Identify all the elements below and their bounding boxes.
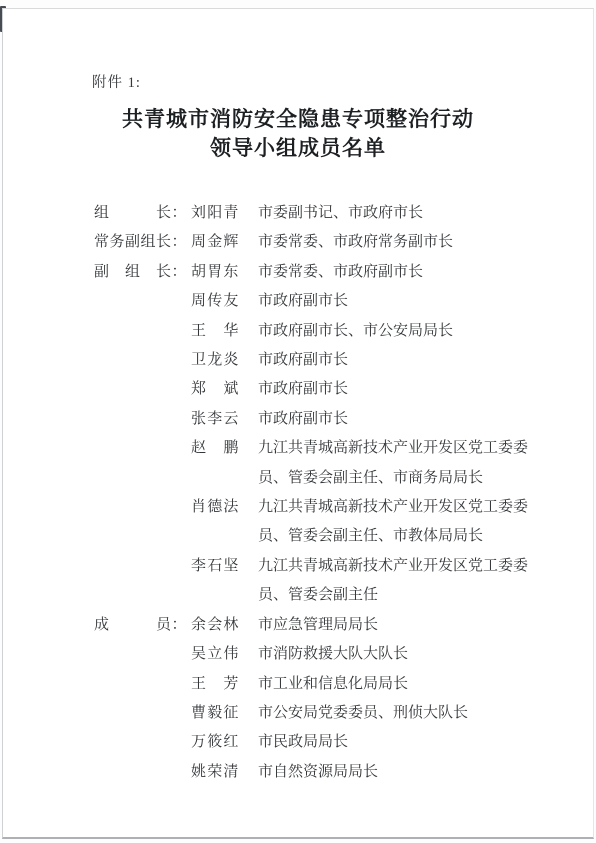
member-role: 市委常委、市政府常务副市长 — [258, 228, 550, 257]
document-page: 附件 1: 共青城市消防安全隐患专项整治行动 领导小组成员名单 组 长： 刘阳青… — [2, 8, 594, 839]
scanned-document-canvas: 附件 1: 共青城市消防安全隐患专项整治行动 领导小组成员名单 组 长： 刘阳青… — [0, 0, 596, 843]
member-name: 肖德法 — [191, 493, 244, 522]
roster-row-label: 常务副组长： — [94, 228, 191, 257]
member-name: 吴立伟 — [191, 640, 244, 669]
attachment-label: 附件 1: — [92, 73, 593, 93]
member-name: 姚荣清 — [191, 758, 244, 787]
roster-row: 肖德法 九江共青城高新技术产业开发区党工委委员、管委会副主任、市教体局局长 — [94, 493, 593, 552]
member-name: 周金辉 — [191, 228, 244, 257]
member-role: 市政府副市长 — [258, 287, 550, 316]
document-title-line1: 共青城市消防安全隐患专项整治行动 — [122, 107, 474, 131]
roster-row: 周传友 市政府副市长 — [94, 287, 593, 316]
roster-row: 郑 斌 市政府副市长 — [94, 375, 593, 404]
roster-row: 万筱红 市民政局局长 — [94, 728, 593, 757]
document-title: 共青城市消防安全隐患专项整治行动 领导小组成员名单 — [3, 105, 593, 163]
roster-row: 卫龙炎 市政府副市长 — [94, 346, 593, 375]
member-name: 赵 鹏 — [191, 434, 244, 463]
roster-row: 吴立伟 市消防救援大队大队长 — [94, 640, 593, 669]
member-role: 市民政局局长 — [258, 728, 550, 757]
roster-list: 组 长： 刘阳青 市委副书记、市政府市长 常务副组长： 周金辉 市委常委、市政府… — [94, 199, 593, 787]
member-role: 市政府副市长、市公安局局长 — [258, 317, 550, 346]
document-title-line2: 领导小组成员名单 — [210, 136, 386, 160]
roster-row: 成 员： 余会林 市应急管理局局长 — [94, 611, 593, 640]
roster-row: 赵 鹏 九江共青城高新技术产业开发区党工委委员、管委会副主任、市商务局局长 — [94, 434, 593, 493]
roster-row: 曹毅征 市公安局党委委员、刑侦大队长 — [94, 699, 593, 728]
member-role: 市政府副市长 — [258, 405, 550, 434]
member-name: 李石坚 — [191, 552, 244, 581]
roster-row: 组 长： 刘阳青 市委副书记、市政府市长 — [94, 199, 593, 228]
member-role: 市公安局党委委员、刑侦大队长 — [258, 699, 550, 728]
member-name: 万筱红 — [191, 728, 244, 757]
member-name: 刘阳青 — [191, 199, 244, 228]
member-name: 郑 斌 — [191, 375, 244, 404]
member-name: 周传友 — [191, 287, 244, 316]
roster-row: 常务副组长： 周金辉 市委常委、市政府常务副市长 — [94, 228, 593, 257]
roster-row-label: 组 长： — [94, 199, 191, 228]
member-name: 胡胃东 — [191, 258, 244, 287]
member-name: 曹毅征 — [191, 699, 244, 728]
member-role: 市工业和信息化局局长 — [258, 670, 550, 699]
member-name: 王 芳 — [191, 670, 244, 699]
member-role: 市政府副市长 — [258, 375, 550, 404]
member-role: 市委副书记、市政府市长 — [258, 199, 550, 228]
member-role: 九江共青城高新技术产业开发区党工委委员、管委会副主任 — [258, 552, 550, 611]
roster-row: 王 芳 市工业和信息化局局长 — [94, 670, 593, 699]
member-name: 王 华 — [191, 317, 244, 346]
member-name: 卫龙炎 — [191, 346, 244, 375]
roster-row: 李石坚 九江共青城高新技术产业开发区党工委委员、管委会副主任 — [94, 552, 593, 611]
roster-row-label: 副 组 长： — [94, 258, 191, 287]
member-role: 市委常委、市政府副市长 — [258, 258, 550, 287]
member-role: 市自然资源局局长 — [258, 758, 550, 787]
member-role: 市应急管理局局长 — [258, 611, 550, 640]
member-role: 九江共青城高新技术产业开发区党工委委员、管委会副主任、市商务局局长 — [258, 434, 550, 493]
member-name: 余会林 — [191, 611, 244, 640]
member-role: 市政府副市长 — [258, 346, 550, 375]
member-name: 张李云 — [191, 405, 244, 434]
roster-row: 副 组 长： 胡胃东 市委常委、市政府副市长 — [94, 258, 593, 287]
roster-row: 王 华 市政府副市长、市公安局局长 — [94, 317, 593, 346]
roster-row: 张李云 市政府副市长 — [94, 405, 593, 434]
member-role: 九江共青城高新技术产业开发区党工委委员、管委会副主任、市教体局局长 — [258, 493, 550, 552]
roster-row: 姚荣清 市自然资源局局长 — [94, 758, 593, 787]
member-role: 市消防救援大队大队长 — [258, 640, 550, 669]
roster-row-label: 成 员： — [94, 611, 191, 640]
